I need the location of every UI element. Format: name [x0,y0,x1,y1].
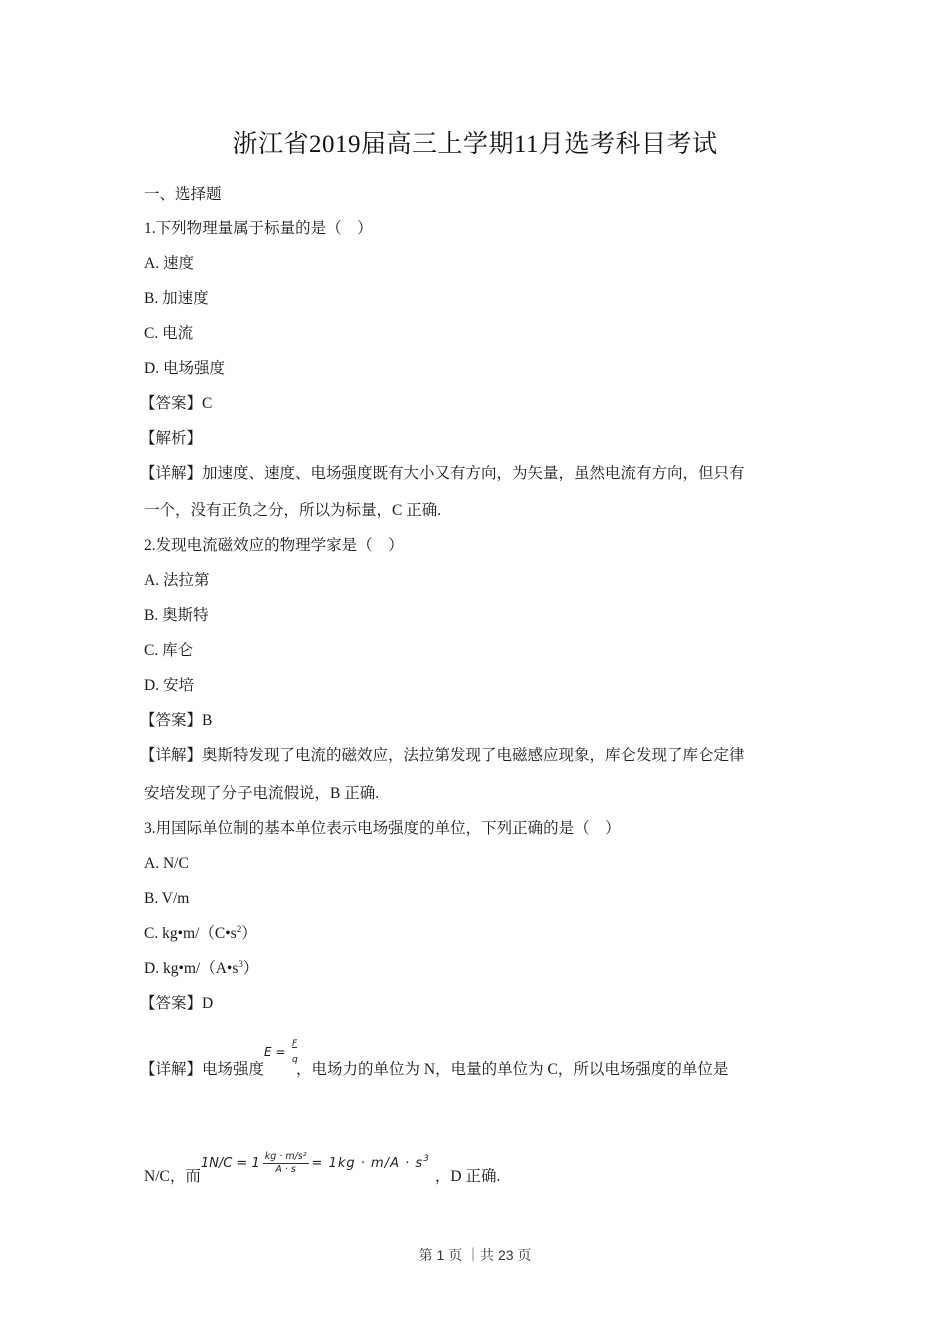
option-text: D. kg•m/（A•s [144,960,238,977]
answer-tag: 【答案】 [140,995,202,1012]
analysis-tag: 【解析】 [140,430,202,447]
option-text: B. V/m [144,890,189,907]
formula-lhs: 1N/C = 1 [201,1156,260,1171]
option-suffix: ） [243,960,259,977]
question-1-option-b: B. 加速度 [144,289,209,309]
answer-value: B [202,712,212,729]
detail-text: 电场强度 [202,1061,264,1078]
question-1-option-d: D. 电场强度 [144,359,225,379]
option-text: A. N/C [144,855,189,872]
formula-fraction: kg · m/s²A · s [263,1151,309,1176]
question-2-option-d: D. 安培 [144,676,194,696]
answer-tag: 【答案】 [140,712,202,729]
fraction-bar [292,1047,297,1048]
question-2-option-a: A. 法拉第 [144,571,209,591]
detail-text: ，电场力的单位为 N，电量的单位为 C，所以电场强度的单位是 [296,1061,728,1078]
formula-denominator: A · s [263,1164,309,1176]
question-3-option-b: B. V/m [144,889,189,909]
question-2-answer: 【答案】B [144,711,212,731]
question-3-option-a: A. N/C [144,854,189,874]
question-3-option-d: D. kg•m/（A•s3） [144,959,258,979]
question-3-detail-line-2: N/C，而1N/C = 1kg · m/s²A · s= 1kg · m/A ·… [144,1165,500,1190]
page-footer: 第 1 页 ｜共 23 页 [0,1245,950,1265]
question-3-option-c: C. kg•m/（C•s2） [144,924,257,944]
question-3-answer: 【答案】D [144,994,213,1014]
question-1-option-c: C. 电流 [144,324,193,344]
question-1-answer: 【答案】C [144,394,212,414]
answer-value: C [202,395,212,412]
detail-text: 加速度、速度、电场强度既有大小又有方向，为矢量，虽然电流有方向，但只有 [202,465,745,482]
exponent: 3 [423,1154,429,1164]
question-1-analysis-tag: 【解析】 [144,429,202,449]
formula-electric-field: E =Fq [264,1054,304,1074]
question-3-stem: 3.用国际单位制的基本单位表示电场强度的单位，下列正确的是（ ） [144,819,621,839]
section-heading: 一、选择题 [144,185,222,205]
detail-tag: 【详解】 [140,465,202,482]
option-text: C. kg•m/（C•s [144,925,237,942]
answer-tag: 【答案】 [140,395,202,412]
detail-text: ，D 正确. [435,1168,500,1185]
detail-tag: 【详解】 [140,747,202,764]
question-2-option-b: B. 奥斯特 [144,606,209,626]
detail-text: 奥斯特发现了电流的磁效应，法拉第发现了电磁感应现象，库仑发现了库仑定律 [202,747,745,764]
document-page: 浙江省2019届高三上学期11月选考科目考试 一、选择题 1.下列物理量属于标量… [0,0,950,1344]
document-title: 浙江省2019届高三上学期11月选考科目考试 [0,124,950,160]
option-suffix: ） [241,925,257,942]
question-1-option-a: A. 速度 [144,254,194,274]
question-2-detail-line-1: 【详解】奥斯特发现了电流的磁效应，法拉第发现了电磁感应现象，库仑发现了库仑定律 [144,746,745,766]
formula-numerator: kg · m/s² [263,1151,309,1164]
formula-denominator: q [292,1050,298,1070]
question-1-detail-line-1: 【详解】加速度、速度、电场强度既有大小又有方向，为矢量，虽然电流有方向，但只有 [144,464,745,484]
question-2-stem: 2.发现电流磁效应的物理学家是（ ） [144,536,404,556]
formula-lhs: E = [264,1042,285,1062]
question-1-stem: 1.下列物理量属于标量的是（ ） [144,219,373,239]
formula-rhs: = 1kg · m/A · s [312,1156,424,1171]
question-2-detail-line-2: 安培发现了分子电流假说，B 正确. [144,784,379,804]
question-2-option-c: C. 库仑 [144,641,193,661]
answer-value: D [202,995,213,1012]
question-1-detail-line-2: 一个，没有正负之分，所以为标量，C 正确. [144,501,441,521]
detail-tag: 【详解】 [140,1061,202,1078]
detail-text: N/C，而 [144,1168,201,1185]
question-3-detail-line-1: 【详解】电场强度E =Fq，电场力的单位为 N，电量的单位为 C，所以电场强度的… [144,1054,728,1080]
formula-unit-conversion: 1N/C = 1kg · m/s²A · s= 1kg · m/A · s3 [201,1156,429,1171]
